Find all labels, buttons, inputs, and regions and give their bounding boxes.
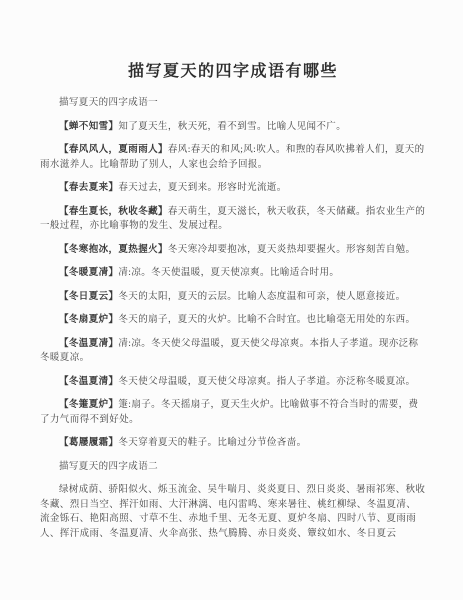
idiom-entry: 【蝉不知雪】知了夏天生，秋天死，看不到雪。比喻人见闻不广。	[40, 120, 426, 135]
idiom-term: 【冬温夏凊】	[59, 339, 118, 349]
idiom-definition: 冬天的太阳，夏天的云层。比喻人态度温和可亲，使人愿意接近。	[118, 292, 405, 302]
idiom-term: 【春去夏来】	[59, 183, 118, 193]
idiom-term: 【春风风人，夏雨雨人】	[59, 145, 168, 155]
idiom-entry: 【冬箑夏炉】箑:扇子。冬天摇扇子，夏天生火炉。比喻做事不符合当时的需要，费了力气…	[40, 398, 426, 427]
idiom-entry: 【冬寒抱冰，夏热握火】冬天寒冷却要抱冰，夏天炎热却要握火。形容刻苦自勉。	[40, 243, 426, 258]
idiom-entry: 【冬温夏清】冬天使父母温暖，夏天使父母凉爽。指人子孝道。亦泛称冬暖夏凉。	[40, 375, 426, 390]
idiom-term: 【冬温夏清】	[59, 377, 118, 387]
page-title: 描写夏天的四字成语有哪些	[40, 62, 426, 82]
section-one-heading: 描写夏天的四字成语一	[40, 96, 426, 111]
idiom-definition: 冬天穿着夏天的鞋子。比喻过分节俭吝啬。	[118, 438, 306, 448]
idiom-entry: 【春风风人，夏雨雨人】春风:春天的和风;风:吹人。和煦的春风吹拂着人们，夏天的雨…	[40, 143, 426, 172]
idiom-entry: 【冬温夏凊】凊:凉。冬天使父母温暖，夏天使父母凉爽。本指人子孝道。现亦泛称冬暖夏…	[40, 337, 426, 366]
idiom-term: 【蝉不知雪】	[59, 122, 118, 132]
idiom-term: 【冬日夏云】	[59, 292, 118, 302]
idiom-term: 【葛屦履霜】	[59, 438, 118, 448]
idiom-entry: 【葛屦履霜】冬天穿着夏天的鞋子。比喻过分节俭吝啬。	[40, 436, 426, 451]
idiom-term: 【冬扇夏炉】	[59, 315, 118, 325]
idiom-term: 【冬暖夏凊】	[59, 268, 118, 278]
idiom-definition: 凊:凉。冬天使温暖，夏天使凉爽。比喻适合时用。	[118, 268, 339, 278]
idiom-definition: 冬天寒冷却要抱冰，夏天炎热却要握火。形容刻苦自勉。	[168, 245, 416, 255]
idiom-term: 【冬箑夏炉】	[59, 400, 118, 410]
idiom-definition: 知了夏天生，秋天死，看不到雪。比喻人见闻不广。	[118, 122, 346, 132]
idiom-entry: 【冬日夏云】冬天的太阳，夏天的云层。比喻人态度温和可亲，使人愿意接近。	[40, 290, 426, 305]
idiom-term: 【冬寒抱冰，夏热握火】	[59, 245, 168, 255]
idiom-term: 【春生夏长，秋收冬藏】	[59, 207, 168, 217]
idiom-list-paragraph: 绿树成荫、骄阳似火、烁玉流金、吴牛喘月、炎炎夏日、烈日炎炎、暑雨祁寒、秋收冬藏、…	[40, 483, 426, 541]
section-two-heading: 描写夏天的四字成语二	[40, 460, 426, 475]
idiom-definition: 春天过去，夏天到来。形容时光流逝。	[118, 183, 286, 193]
idiom-definition: 冬天的扇子，夏天的火炉。比喻不合时宜。也比喻毫无用处的东西。	[118, 315, 415, 325]
idiom-entry: 【春去夏来】春天过去，夏天到来。形容时光流逝。	[40, 181, 426, 196]
idiom-entry: 【春生夏长，秋收冬藏】春天萌生，夏天滋长，秋天收获，冬天储藏。指农业生产的一般过…	[40, 205, 426, 234]
idiom-definition: 冬天使父母温暖，夏天使父母凉爽。指人子孝道。亦泛称冬暖夏凉。	[118, 377, 415, 387]
idiom-entry: 【冬暖夏凊】凊:凉。冬天使温暖，夏天使凉爽。比喻适合时用。	[40, 266, 426, 281]
idiom-entry: 【冬扇夏炉】冬天的扇子，夏天的火炉。比喻不合时宜。也比喻毫无用处的东西。	[40, 313, 426, 328]
document-page: 描写夏天的四字成语有哪些 描写夏天的四字成语一 【蝉不知雪】知了夏天生，秋天死，…	[0, 0, 463, 541]
